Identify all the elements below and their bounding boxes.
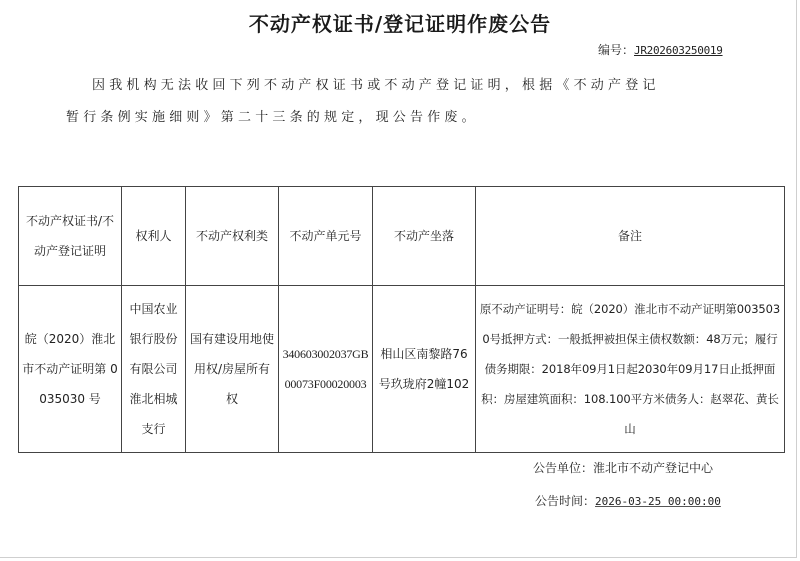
unit-value: 淮北市不动产登记中心 <box>593 461 713 475</box>
notice-line-2: 暂行条例实施细则》第二十三条的规定，现公告作废。 <box>66 110 479 125</box>
notice-paragraph: 因我机构无法收回下列不动产权证书或不动产登记证明，根据《不动产登记 暂行条例实施… <box>66 70 736 134</box>
announcing-unit: 公告单位：淮北市不动产登记中心 <box>533 459 713 476</box>
cell-right-holder: 中国农业银行股份有限公司淮北相城支行 <box>122 286 186 453</box>
announcement-time: 公告时间：2026-03-25 00:00:00 <box>535 492 721 509</box>
cell-remark: 原不动产证明号：皖（2020）淮北市不动产证明第0035030号抵押方式：一般抵… <box>476 286 785 453</box>
table-row: 皖（2020）淮北市不动产证明第 0035030 号 中国农业银行股份有限公司淮… <box>19 286 785 453</box>
header-unit-no: 不动产单元号 <box>279 187 373 286</box>
notice-line-1: 因我机构无法收回下列不动产权证书或不动产登记证明，根据《不动产登记 <box>66 70 736 102</box>
header-remark: 备注 <box>476 187 785 286</box>
header-certificate-no: 不动产权证书/不动产登记证明 <box>19 187 122 286</box>
cell-location: 相山区南黎路76号玖珑府2幢102 <box>373 286 476 453</box>
cell-unit-no: 340603002037GB00073F00020003 <box>279 286 373 453</box>
page-title: 不动产权证书/登记证明作废公告 <box>0 8 800 37</box>
serial-value: JR202603250019 <box>634 44 723 57</box>
serial-number: 编号：JR202603250019 <box>598 41 723 58</box>
time-value: 2026-03-25 00:00:00 <box>595 495 721 508</box>
table-header-row: 不动产权证书/不动产登记证明 权利人 不动产权利类 不动产单元号 不动产坐落 备… <box>19 187 785 286</box>
header-right-type: 不动产权利类 <box>186 187 279 286</box>
header-right-holder: 权利人 <box>122 187 186 286</box>
time-label: 公告时间： <box>535 494 595 508</box>
serial-label: 编号： <box>598 43 634 57</box>
cell-certificate-no: 皖（2020）淮北市不动产证明第 0035030 号 <box>19 286 122 453</box>
voided-certificates-table: 不动产权证书/不动产登记证明 权利人 不动产权利类 不动产单元号 不动产坐落 备… <box>18 186 785 453</box>
cell-right-type: 国有建设用地使用权/房屋所有权 <box>186 286 279 453</box>
header-location: 不动产坐落 <box>373 187 476 286</box>
unit-label: 公告单位： <box>533 461 593 475</box>
